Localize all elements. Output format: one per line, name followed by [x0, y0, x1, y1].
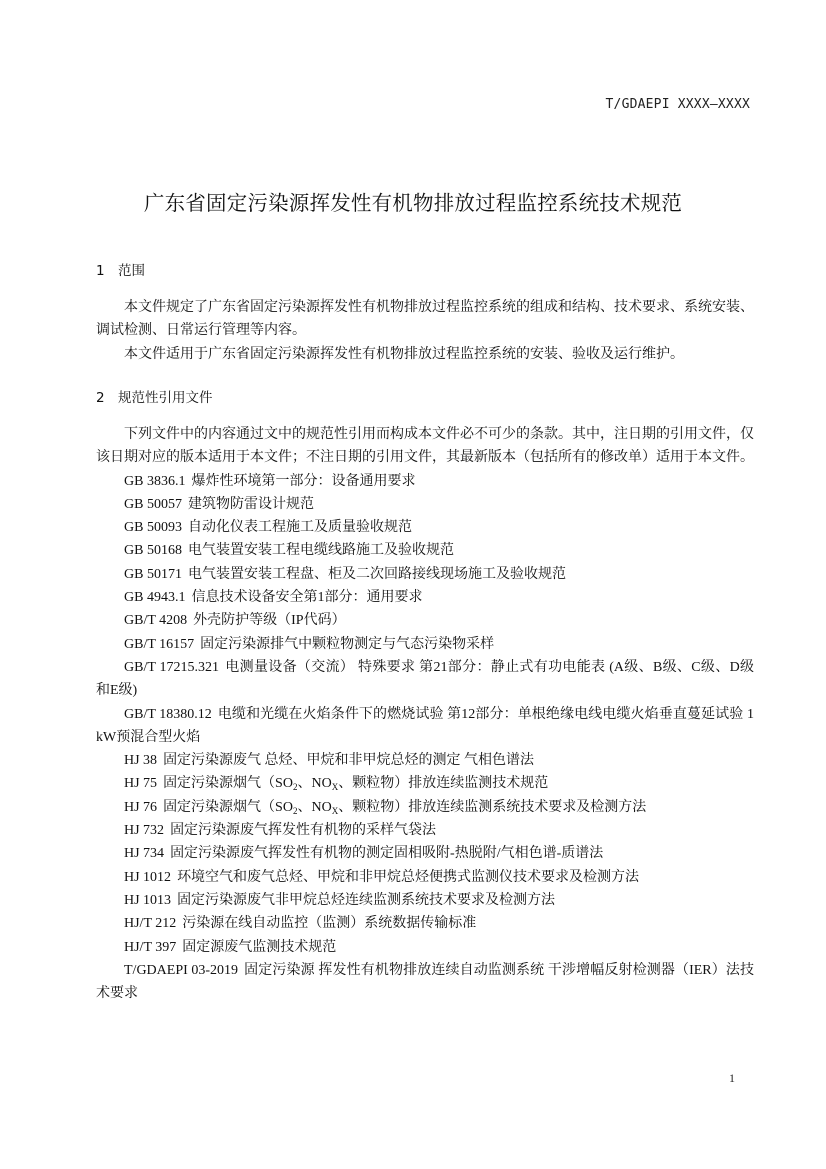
reference-item: GB/T 16157固定污染源排气中颗粒物测定与气态污染物采样 — [96, 633, 754, 656]
reference-item: GB/T 18380.12电缆和光缆在火焰条件下的燃烧试验 第12部分：单根绝缘… — [96, 703, 754, 750]
reference-title-part: 、颗粒物）排放连续监测技术规范 — [338, 776, 548, 791]
reference-item: HJ 38固定污染源废气 总烃、甲烷和非甲烷总烃的测定 气相色谱法 — [96, 749, 754, 772]
reference-code: GB 50093 — [124, 520, 182, 535]
reference-item: GB 4943.1信息技术设备安全第1部分：通用要求 — [96, 586, 754, 609]
paragraph: 下列文件中的内容通过文中的规范性引用而构成本文件必不可少的条款。其中，注日期的引… — [96, 423, 754, 470]
reference-code: HJ 1012 — [124, 870, 171, 885]
reference-item: GB 50171电气装置安装工程盘、柜及二次回路接线现场施工及验收规范 — [96, 563, 754, 586]
reference-title: 固定污染源废气挥发性有机物的测定固相吸附-热脱附/气相色谱-质谱法 — [170, 846, 603, 861]
reference-title: 电气装置安装工程盘、柜及二次回路接线现场施工及验收规范 — [188, 567, 566, 582]
reference-code: HJ/T 212 — [124, 916, 176, 931]
reference-item: HJ/T 397固定源废气监测技术规范 — [96, 936, 754, 959]
reference-title: 建筑物防雷设计规范 — [188, 497, 314, 512]
page-number: 1 — [729, 1071, 735, 1086]
reference-code: HJ/T 397 — [124, 940, 176, 955]
reference-item: HJ 1013固定污染源废气非甲烷总烃连续监测系统技术要求及检测方法 — [96, 889, 754, 912]
section-number: 2 — [96, 390, 118, 406]
reference-code: HJ 75 — [124, 776, 157, 791]
reference-item: T/GDAEPI 03-2019固定污染源 挥发性有机物排放连续自动监测系统 干… — [96, 959, 754, 1006]
reference-code: HJ 76 — [124, 800, 157, 815]
reference-title: 固定污染源烟气（SO2、NOX、颗粒物）排放连续监测技术规范 — [163, 776, 548, 791]
section-title: 范围 — [118, 263, 145, 279]
reference-title: 外壳防护等级（IP代码） — [193, 613, 345, 628]
reference-title-part: 、颗粒物）排放连续监测系统技术要求及检测方法 — [338, 800, 646, 815]
reference-code: HJ 38 — [124, 753, 157, 768]
reference-item: GB 3836.1爆炸性环境第一部分：设备通用要求 — [96, 470, 754, 493]
reference-title: 信息技术设备安全第1部分：通用要求 — [191, 590, 422, 605]
reference-code: GB 4943.1 — [124, 590, 185, 605]
reference-item: HJ 732固定污染源废气挥发性有机物的采样气袋法 — [96, 819, 754, 842]
reference-title: 固定污染源排气中颗粒物测定与气态污染物采样 — [200, 637, 494, 652]
reference-item: GB/T 4208外壳防护等级（IP代码） — [96, 609, 754, 632]
reference-item: GB/T 17215.321电测量设备（交流） 特殊要求 第21部分：静止式有功… — [96, 656, 754, 703]
reference-item: GB 50057建筑物防雷设计规范 — [96, 493, 754, 516]
reference-title: 污染源在线自动监控（监测）系统数据传输标准 — [182, 916, 476, 931]
reference-title: 固定污染源废气挥发性有机物的采样气袋法 — [170, 823, 436, 838]
reference-title-part: 固定污染源烟气（SO — [163, 800, 293, 815]
reference-code: HJ 1013 — [124, 893, 171, 908]
reference-code: T/GDAEPI 03-2019 — [124, 963, 238, 978]
reference-title: 环境空气和废气总烃、甲烷和非甲烷总烃便携式监测仪技术要求及检测方法 — [177, 870, 639, 885]
reference-code: GB 50171 — [124, 567, 182, 582]
document-page: T/GDAEPI XXXX—XXXX 广东省固定污染源挥发性有机物排放过程监控系… — [0, 0, 826, 1169]
section-heading-scope: 1范围 — [96, 259, 145, 279]
reference-code: GB/T 18380.12 — [124, 707, 212, 722]
section-body-scope: 本文件规定了广东省固定污染源挥发性有机物排放过程监控系统的组成和结构、技术要求、… — [96, 296, 754, 366]
reference-code: GB 50168 — [124, 543, 182, 558]
paragraph: 本文件适用于广东省固定污染源挥发性有机物排放过程监控系统的安装、验收及运行维护。 — [96, 343, 754, 366]
paragraph: 本文件规定了广东省固定污染源挥发性有机物排放过程监控系统的组成和结构、技术要求、… — [96, 296, 754, 343]
reference-item: HJ 76固定污染源烟气（SO2、NOX、颗粒物）排放连续监测系统技术要求及检测… — [96, 796, 754, 819]
reference-code: GB 3836.1 — [124, 474, 185, 489]
reference-title: 固定污染源废气 总烃、甲烷和非甲烷总烃的测定 气相色谱法 — [163, 753, 534, 768]
reference-code: GB/T 16157 — [124, 637, 194, 652]
section-body-normative-references: 下列文件中的内容通过文中的规范性引用而构成本文件必不可少的条款。其中，注日期的引… — [96, 423, 754, 1005]
reference-code: GB 50057 — [124, 497, 182, 512]
reference-title: 电气装置安装工程电缆线路施工及验收规范 — [188, 543, 454, 558]
reference-code: HJ 734 — [124, 846, 164, 861]
document-code: T/GDAEPI XXXX—XXXX — [606, 97, 750, 112]
reference-item: GB 50168电气装置安装工程电缆线路施工及验收规范 — [96, 539, 754, 562]
section-number: 1 — [96, 263, 118, 279]
document-title: 广东省固定污染源挥发性有机物排放过程监控系统技术规范 — [0, 186, 826, 216]
reference-code: GB/T 17215.321 — [124, 660, 219, 675]
reference-item: HJ 1012环境空气和废气总烃、甲烷和非甲烷总烃便携式监测仪技术要求及检测方法 — [96, 866, 754, 889]
section-heading-normative-references: 2规范性引用文件 — [96, 386, 213, 406]
reference-title-part: 固定污染源烟气（SO — [163, 776, 293, 791]
reference-title: 自动化仪表工程施工及质量验收规范 — [188, 520, 412, 535]
reference-code: HJ 732 — [124, 823, 164, 838]
reference-title: 固定污染源废气非甲烷总烃连续监测系统技术要求及检测方法 — [177, 893, 555, 908]
section-title: 规范性引用文件 — [118, 390, 213, 406]
reference-code: GB/T 4208 — [124, 613, 187, 628]
reference-item: HJ 734固定污染源废气挥发性有机物的测定固相吸附-热脱附/气相色谱-质谱法 — [96, 842, 754, 865]
reference-title: 固定污染源烟气（SO2、NOX、颗粒物）排放连续监测系统技术要求及检测方法 — [163, 800, 646, 815]
reference-title: 爆炸性环境第一部分：设备通用要求 — [191, 474, 415, 489]
reference-item: HJ 75固定污染源烟气（SO2、NOX、颗粒物）排放连续监测技术规范 — [96, 772, 754, 795]
reference-item: GB 50093自动化仪表工程施工及质量验收规范 — [96, 516, 754, 539]
reference-item: HJ/T 212污染源在线自动监控（监测）系统数据传输标准 — [96, 912, 754, 935]
reference-title: 固定源废气监测技术规范 — [182, 940, 336, 955]
reference-title-part: 、NO — [297, 776, 331, 791]
reference-title-part: 、NO — [297, 800, 331, 815]
